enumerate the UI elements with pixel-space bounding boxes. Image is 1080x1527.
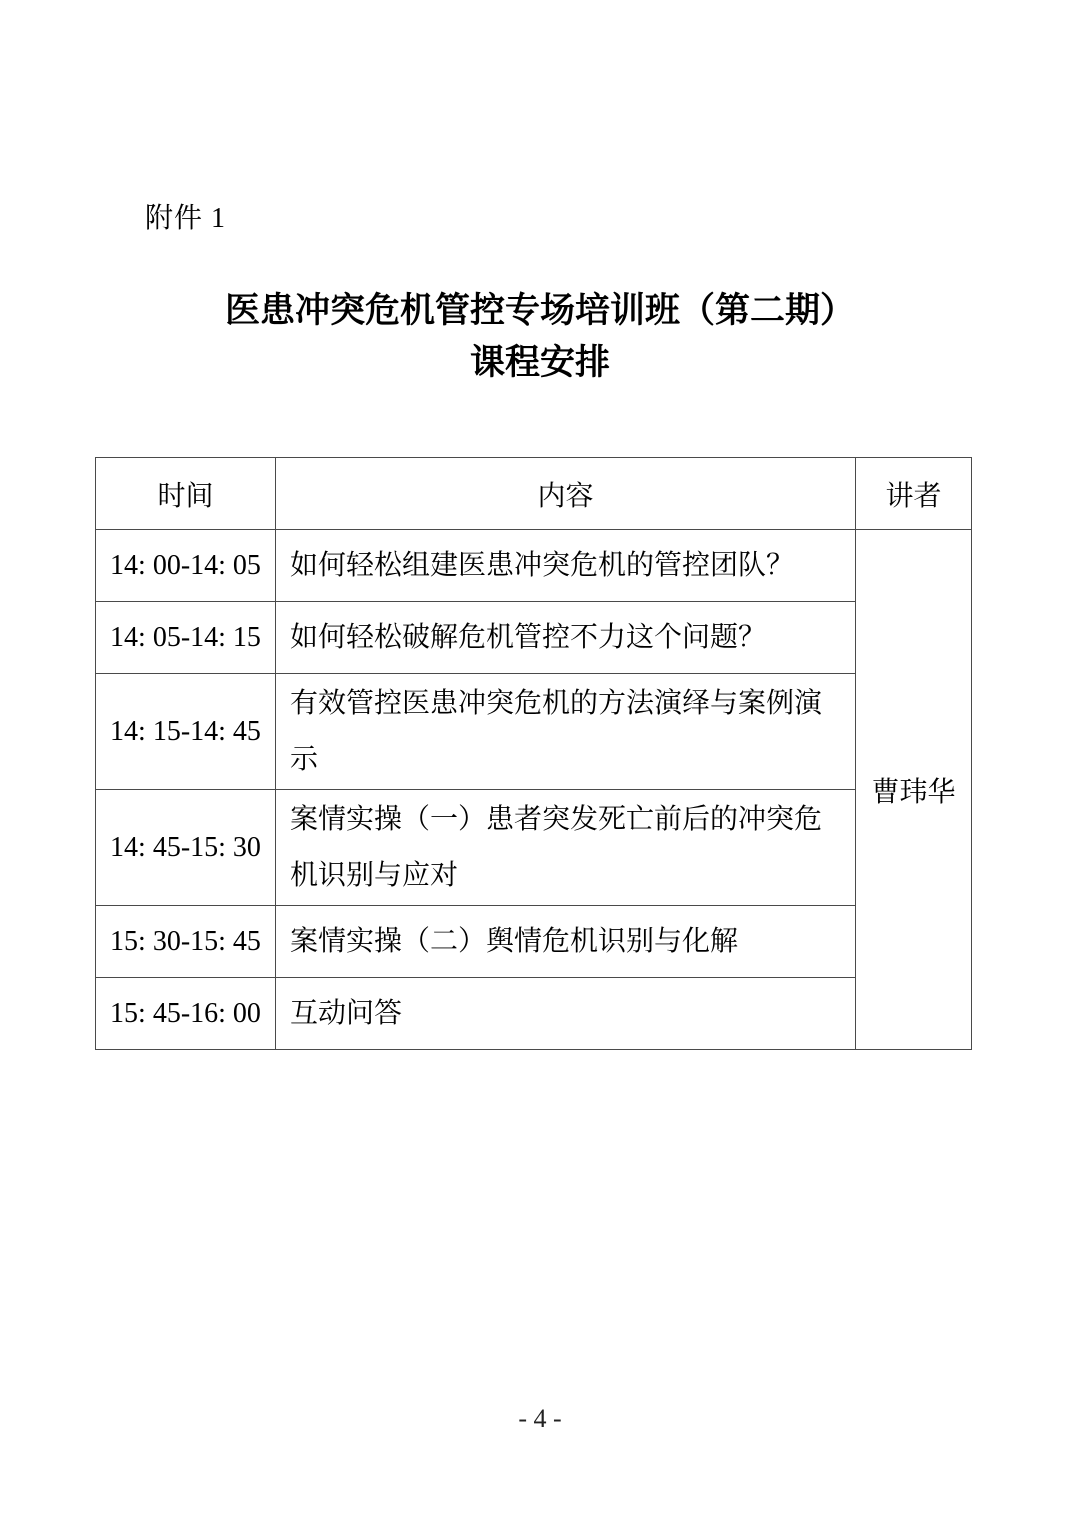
document-title-line1: 医患冲突危机管控专场培训班（第二期） [0,285,1080,337]
column-header-content: 内容 [276,458,856,530]
table-row: 14: 15-14: 45 有效管控医患冲突危机的方法演绎与案例演示 [96,674,972,790]
column-header-time: 时间 [96,458,276,530]
document-title: 医患冲突危机管控专场培训班（第二期） 课程安排 [0,285,1080,389]
content-cell: 有效管控医患冲突危机的方法演绎与案例演示 [276,674,856,790]
table-header-row: 时间 内容 讲者 [96,458,972,530]
document-page: 附件 1 医患冲突危机管控专场培训班（第二期） 课程安排 时间 内容 讲者 14… [0,0,1080,1527]
table-row: 14: 45-15: 30 案情实操（一）患者突发死亡前后的冲突危机识别与应对 [96,790,972,906]
content-cell: 案情实操（二）舆情危机识别与化解 [276,906,856,978]
time-cell: 14: 05-14: 15 [96,602,276,674]
speaker-cell: 曹玮华 [856,530,972,1050]
time-cell: 14: 45-15: 30 [96,790,276,906]
time-cell: 15: 45-16: 00 [96,978,276,1050]
schedule-table: 时间 内容 讲者 14: 00-14: 05 如何轻松组建医患冲突危机的管控团队… [95,457,972,1050]
content-cell: 如何轻松破解危机管控不力这个问题？ [276,602,856,674]
attachment-label: 附件 1 [145,196,226,236]
table-row: 15: 30-15: 45 案情实操（二）舆情危机识别与化解 [96,906,972,978]
time-cell: 14: 15-14: 45 [96,674,276,790]
page-number: - 4 - [0,1404,1080,1434]
content-cell: 如何轻松组建医患冲突危机的管控团队？ [276,530,856,602]
content-cell: 互动问答 [276,978,856,1050]
time-cell: 15: 30-15: 45 [96,906,276,978]
table-row: 15: 45-16: 00 互动问答 [96,978,972,1050]
column-header-speaker: 讲者 [856,458,972,530]
table-row: 14: 00-14: 05 如何轻松组建医患冲突危机的管控团队？ 曹玮华 [96,530,972,602]
content-cell: 案情实操（一）患者突发死亡前后的冲突危机识别与应对 [276,790,856,906]
table-row: 14: 05-14: 15 如何轻松破解危机管控不力这个问题？ [96,602,972,674]
document-title-line2: 课程安排 [0,337,1080,389]
time-cell: 14: 00-14: 05 [96,530,276,602]
